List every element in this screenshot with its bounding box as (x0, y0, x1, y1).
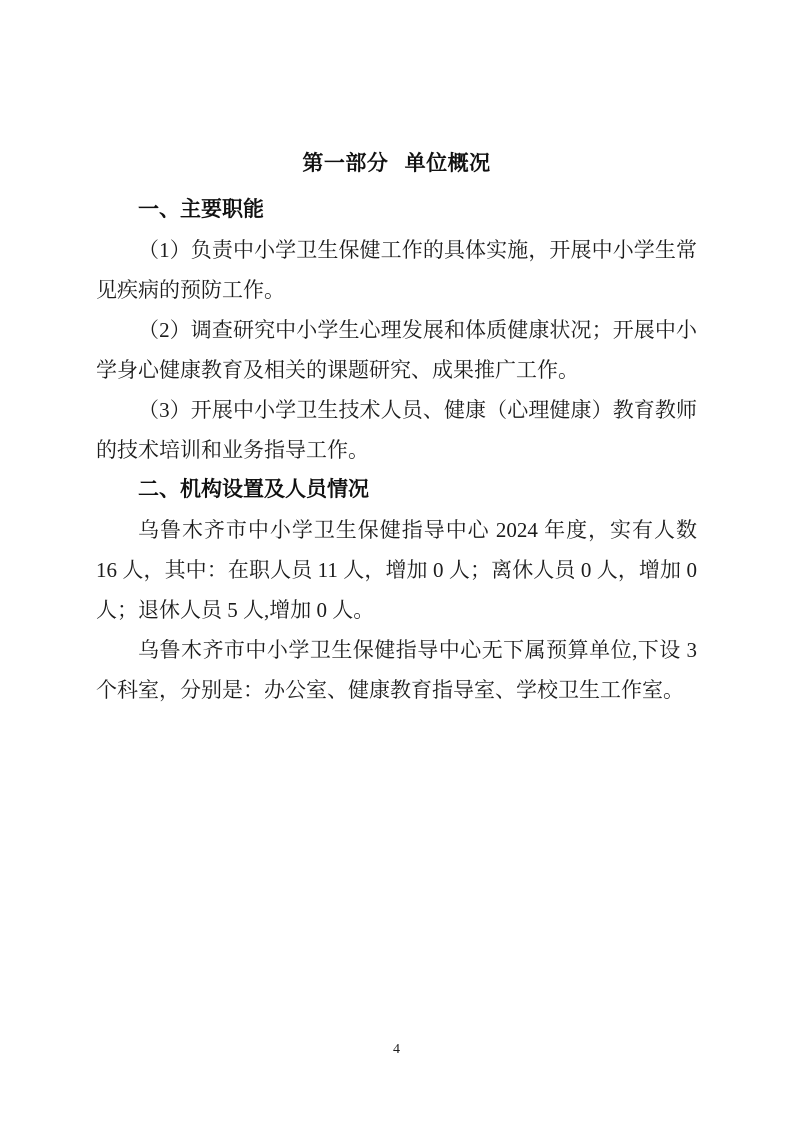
paragraph-personnel: 乌鲁木齐市中小学卫生保健指导中心 2024 年度，实有人数 16 人，其中：在职… (96, 510, 697, 630)
section-heading-main-functions: 一、主要职能 (96, 190, 697, 230)
paragraph-departments: 乌鲁木齐市中小学卫生保健指导中心无下属预算单位,下设 3 个科室，分别是：办公室… (96, 630, 697, 710)
page-number: 4 (0, 1042, 793, 1058)
section-heading-organization-personnel: 二、机构设置及人员情况 (96, 470, 697, 510)
paragraph-function-1: （1）负责中小学卫生保健工作的具体实施，开展中小学生常见疾病的预防工作。 (96, 230, 697, 310)
document-content: 第一部分 单位概况 一、主要职能 （1）负责中小学卫生保健工作的具体实施，开展中… (96, 148, 697, 710)
paragraph-function-2: （2）调查研究中小学生心理发展和体质健康状况；开展中小学身心健康教育及相关的课题… (96, 310, 697, 390)
document-page: 第一部分 单位概况 一、主要职能 （1）负责中小学卫生保健工作的具体实施，开展中… (0, 0, 793, 1122)
section-main-functions: 一、主要职能 （1）负责中小学卫生保健工作的具体实施，开展中小学生常见疾病的预防… (96, 190, 697, 470)
paragraph-function-3: （3）开展中小学卫生技术人员、健康（心理健康）教育教师的技术培训和业务指导工作。 (96, 390, 697, 470)
section-organization-personnel: 二、机构设置及人员情况 乌鲁木齐市中小学卫生保健指导中心 2024 年度，实有人… (96, 470, 697, 710)
page-title: 第一部分 单位概况 (96, 148, 697, 180)
